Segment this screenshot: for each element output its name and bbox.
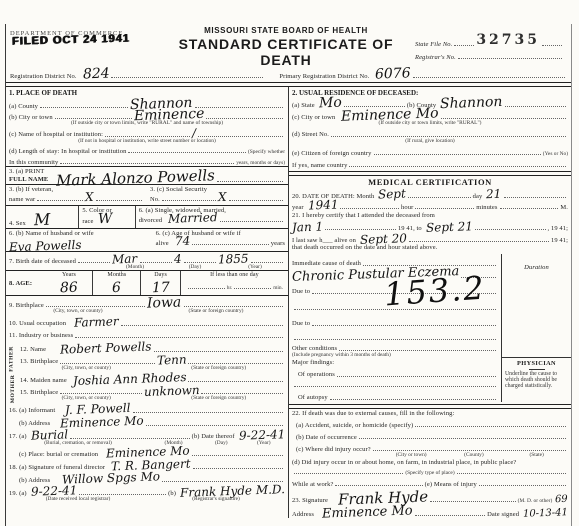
leader-line xyxy=(40,106,128,108)
spouse-value: Eva Powells xyxy=(9,241,82,253)
hospital-value: / xyxy=(192,129,196,139)
leader-line xyxy=(325,228,396,230)
leader-line xyxy=(339,349,496,351)
field-burial: 17. (a) Burial (b) Date thereof 9-22-41 xyxy=(6,428,288,441)
field-father-birthplace: 13. Birthplace Tenn xyxy=(17,354,288,366)
field-due-to-2: Due to xyxy=(289,312,501,328)
field-physician-address: Address Eminence Mo Date signed 10-13-41 xyxy=(289,504,571,518)
field-race: 5. Color or race W xyxy=(79,206,135,228)
field-res-citizen: (e) Citizen of foreign country (Yes or N… xyxy=(289,144,571,157)
leader-line xyxy=(193,467,283,469)
age-label: 8. AGE: xyxy=(9,280,32,287)
ext-where-notes: (City or town) (County) (State) xyxy=(289,453,571,458)
field-ext-accident: (a) Accident, suicide, or homicide (spec… xyxy=(289,417,571,429)
leader-line xyxy=(454,44,474,46)
cert-from-value: Jan 1 xyxy=(292,222,323,233)
age-label-cell: 8. AGE: xyxy=(6,271,45,295)
field-dod-year-hour: year 1941 hour minutes M. xyxy=(289,200,571,211)
field-mother-name: 14. Maiden name Joshia Ann Rhodes xyxy=(17,371,288,384)
leader-line xyxy=(475,228,546,230)
leader-line xyxy=(75,336,283,338)
leader-line xyxy=(195,106,283,108)
res-city-value: Eminence Mo xyxy=(341,108,439,123)
city-label: (b) City or town xyxy=(9,114,53,121)
field-spouse-age: 6. (c) Age of husband or wife if alive 7… xyxy=(153,229,288,251)
field-funeral-director-address: (b) Address Willow Spgs Mo xyxy=(6,471,288,484)
leader-line xyxy=(234,287,271,289)
major-findings-main: Major findings: Of operations Of autopsy xyxy=(289,358,501,401)
field-spouse-name: 6. (b) Name of husband or wife Eva Powel… xyxy=(6,229,153,251)
leader-line xyxy=(198,135,283,137)
cause-main: Immediate cause of death Chronic Pustula… xyxy=(289,254,501,358)
mother-bp-note-1: (City, town, or county) xyxy=(20,396,153,401)
leader-line xyxy=(37,199,83,201)
dod-day-value: 21 xyxy=(486,190,502,200)
duration-label: Duration xyxy=(524,264,549,271)
physician-box: PHYSICIAN Underline the cause to which d… xyxy=(501,358,571,401)
birth-date-label: 7. Birth date of deceased xyxy=(9,258,76,265)
leader-line xyxy=(373,449,566,451)
leader-line xyxy=(79,493,166,495)
header: DEPARTMENT OF COMMERCE FILED OCT 24 1941… xyxy=(6,24,571,68)
cert-from-row: Jan 1 19 41, to Sept 21 , 19 41; xyxy=(289,219,571,232)
leader-line xyxy=(78,261,110,263)
cert-mid-3: 19 41; xyxy=(551,237,568,244)
registrar-a-label: 19. (a) xyxy=(9,490,27,497)
leader-line xyxy=(458,57,562,59)
field-informant-address: (b) Address Eminence Mo xyxy=(6,415,288,428)
ext-accident-label: (a) Accident, suicide, or homicide (spec… xyxy=(296,422,413,429)
field-city: (b) City or town Eminence xyxy=(6,110,288,121)
age-hr-label: hr. xyxy=(227,286,233,291)
field-burial-place: (c) Place: burial or cremation Eminence … xyxy=(6,446,288,458)
external-causes-heading: 22. If death was due to external causes,… xyxy=(289,409,571,417)
res-state-value: Mo xyxy=(319,98,342,110)
leader-line xyxy=(229,199,283,201)
medical-certification-heading: MEDICAL CERTIFICATION xyxy=(289,176,571,188)
field-birthplace: 9. Birthplace Iowa xyxy=(6,296,288,309)
underline-cause-note: Underline the cause to which death shoul… xyxy=(505,372,568,389)
ext-work-label: While at work? xyxy=(292,481,333,488)
field-registrar: 19. (a) 9-22-41 (b) Frank Hyde M.D. xyxy=(6,484,288,497)
header-left: DEPARTMENT OF COMMERCE FILED OCT 24 1941 xyxy=(10,26,160,68)
father-birthplace-value: Tenn xyxy=(157,356,187,367)
burial-place-label: (c) Place: burial or cremation xyxy=(19,451,98,458)
registration-line: Registration District No. 824 Primary Re… xyxy=(6,69,571,80)
leader-line xyxy=(162,199,216,201)
address-value: Eminence Mo xyxy=(322,506,413,520)
field-father-name: 12. Name Robert Powells xyxy=(17,340,288,354)
leader-line xyxy=(60,162,234,164)
registrars-no-row: Registrar's No. xyxy=(412,54,567,61)
dod-m-label: M. xyxy=(560,204,568,211)
county-label: (a) County xyxy=(9,103,38,110)
leader-line xyxy=(184,261,216,263)
res-county-value: Shannon xyxy=(440,97,503,110)
leader-line xyxy=(70,437,190,439)
row-age: 8. AGE: Years 86 Months 6 Days 17 If les… xyxy=(6,271,288,295)
signature-label: 23. Signature xyxy=(292,497,328,504)
spouse-age-label-2: alive xyxy=(156,240,169,247)
burial-date-note-day: (Day) xyxy=(200,441,242,446)
registrar-b-label: (b) xyxy=(168,490,176,497)
fd-address-value: Willow Spgs Mo xyxy=(62,473,160,486)
stay-note-2: years, months or days) xyxy=(236,161,285,166)
ext-where-note-city: (City or town) xyxy=(380,453,443,458)
leader-line xyxy=(330,398,496,400)
age-years-value: 86 xyxy=(60,283,78,295)
other-conditions-note: (Include pregnancy within 3 months of de… xyxy=(289,353,501,358)
leader-line xyxy=(111,76,263,78)
state-file-row: State File No. 32735 xyxy=(412,32,567,48)
cert-line-2: I last saw h___ alive on xyxy=(292,237,356,244)
birth-year-value: 1855 xyxy=(218,255,249,266)
leader-line xyxy=(105,135,190,137)
birthplace-value: Iowa xyxy=(147,298,182,310)
ext-where-note-county: (County) xyxy=(443,453,506,458)
field-res-street: (d) Street No. xyxy=(289,127,571,139)
father-vertical-label: FATHER xyxy=(9,346,15,371)
leader-line xyxy=(206,117,283,119)
field-operations: Of operations xyxy=(289,367,501,379)
cert-line-1: 21. I hereby certify that I attended the… xyxy=(289,211,571,219)
leader-line xyxy=(133,411,283,413)
leader-line xyxy=(188,287,225,289)
leader-line xyxy=(220,220,283,222)
informant-label: 16. (a) Informant xyxy=(9,407,55,414)
leader-line xyxy=(408,196,470,198)
leader-line xyxy=(542,44,562,46)
leader-line xyxy=(430,500,516,502)
leader-line xyxy=(192,454,283,456)
age-min-label: min. xyxy=(273,286,283,291)
ext-place-note: (Specify type of place) xyxy=(405,471,454,476)
major-findings-block: Major findings: Of operations Of autopsy… xyxy=(289,358,571,401)
dod-day-label: day xyxy=(473,193,483,200)
full-name-value: Mark Alonzo Powells xyxy=(56,169,215,187)
leader-line xyxy=(121,324,283,326)
marital-value: Married xyxy=(168,214,218,225)
age-less-than-day-cell: If less than one day hr. min. xyxy=(181,271,288,295)
field-autopsy: Of autopsy xyxy=(289,389,501,402)
informant-address-value: Eminence Mo xyxy=(60,417,144,430)
leader-line xyxy=(441,117,566,119)
autopsy-label: Of autopsy xyxy=(298,394,328,401)
registrar-date-note: (Date received local registrar) xyxy=(9,497,147,502)
field-ext-work-means: While at work? (e) Means of injury xyxy=(289,476,571,488)
age-days-cell: Days 17 xyxy=(141,271,180,295)
leader-line xyxy=(294,472,403,474)
leader-line xyxy=(217,180,283,182)
burial-date-label: (b) Date thereof xyxy=(192,433,235,440)
age-less-label: If less than one day xyxy=(184,272,285,279)
full-name-label-2: FULL NAME xyxy=(9,176,48,183)
fd-address-label: (b) Address xyxy=(19,477,50,484)
res-state-label: (a) State xyxy=(292,102,315,109)
sex-value: M xyxy=(34,214,51,227)
cert-to-value: Sept 21 xyxy=(426,222,473,233)
spouse-age-unit: years xyxy=(271,240,285,247)
leader-line xyxy=(335,484,422,486)
right-column: 2. USUAL RESIDENCE OF DECEASED: (a) Stat… xyxy=(289,87,571,518)
marital-label-2: divorced xyxy=(139,217,163,224)
ext-means-label: (e) Means of injury xyxy=(425,481,477,488)
header-right: State File No. 32735 Registrar's No. xyxy=(412,26,567,68)
filed-date-stamp: FILED OCT 24 1941 xyxy=(12,32,130,47)
major-findings-label: Major findings: xyxy=(289,358,501,366)
field-length-of-stay: (d) Length of stay: In hospital or insti… xyxy=(6,144,288,155)
father-section: FATHER 12. Name Robert Powells 13. Birth… xyxy=(6,340,288,371)
field-res-city: (c) City or town Eminence Mo xyxy=(289,109,571,121)
leader-line xyxy=(312,324,496,326)
certificate-sheet: DEPARTMENT OF COMMERCE FILED OCT 24 1941… xyxy=(5,24,572,526)
age-months-value: 6 xyxy=(112,283,121,294)
leader-line xyxy=(192,243,269,245)
community-label: In this community xyxy=(9,159,58,166)
left-column: 1. PLACE OF DEATH (a) County Shannon (b)… xyxy=(6,87,289,518)
age-years-cell: Years 86 xyxy=(45,271,93,295)
due-to-2-line xyxy=(289,328,501,342)
leader-line xyxy=(500,207,559,209)
mother-section: MOTHER 14. Maiden name Joshia Ann Rhodes… xyxy=(6,371,288,401)
operations-label: Of operations xyxy=(298,371,335,378)
dod-hour-label: hour xyxy=(401,204,413,211)
leader-line xyxy=(409,240,549,242)
spouse-age-value: 74 xyxy=(175,237,191,247)
state-file-label: State File No. xyxy=(415,41,452,48)
birthplace-note-1: (City, town, or county) xyxy=(9,309,147,314)
res-street-label: (d) Street No. xyxy=(292,131,329,138)
reg-district-label: Registration District No. xyxy=(10,73,77,80)
cause-of-death-block: Immediate cause of death Chronic Pustula… xyxy=(289,254,571,358)
row-spouse: 6. (b) Name of husband or wife Eva Powel… xyxy=(6,229,288,251)
ssn-value: X xyxy=(218,193,227,203)
registrars-no-label: Registrar's No. xyxy=(415,54,456,61)
father-birthplace-label: 13. Birthplace xyxy=(20,358,58,365)
sex-label: 4. Sex xyxy=(9,220,26,227)
physician-label: PHYSICIAN xyxy=(505,360,568,367)
veteran-value: X xyxy=(85,193,94,203)
age-months-cell: Months 6 xyxy=(93,271,141,295)
field-res-ifyes: If yes, name country xyxy=(289,157,571,169)
leader-line xyxy=(128,151,246,153)
leader-line xyxy=(294,338,496,340)
primary-district-label: Primary Registration District No. xyxy=(279,73,369,80)
ssn-label-2: No. xyxy=(150,196,160,203)
burial-a-label: 17. (a) xyxy=(9,433,27,440)
leader-line xyxy=(96,199,142,201)
leader-line xyxy=(479,484,566,486)
ext-place-line: (Specify type of place) xyxy=(289,466,571,476)
leader-line xyxy=(374,153,541,155)
field-occupation: 10. Usual occupation Farmer xyxy=(6,315,288,328)
mother-birthplace-value: unknown xyxy=(144,386,200,398)
leader-line xyxy=(331,135,566,137)
leader-line xyxy=(294,385,496,387)
row-veteran-ssn: 3. (b) If veteran, name war X 3. (c) Soc… xyxy=(6,185,288,205)
registrar-date-value: 9-22-41 xyxy=(31,487,78,498)
birth-date-notes: (Month) (Day) (Year) xyxy=(6,265,288,270)
leader-line xyxy=(55,117,132,119)
leader-line xyxy=(413,76,565,78)
duration-box: Duration xyxy=(501,254,571,358)
primary-district-value: 6076 xyxy=(375,68,411,80)
full-name-label-1: 3. (a) PRINT xyxy=(9,168,48,175)
field-mother-birthplace: 15. Birthplace unknown xyxy=(17,384,288,396)
age-days-value: 17 xyxy=(151,283,169,295)
leader-line xyxy=(201,392,283,394)
certificate-title: STANDARD CERTIFICATE OF DEATH xyxy=(160,36,412,68)
occupation-value: Farmer xyxy=(74,317,119,328)
age-years-header: Years xyxy=(48,272,89,279)
burial-date-value: 9-22-41 xyxy=(239,430,286,441)
cause-code-handwritten: 153.2 xyxy=(383,268,487,313)
ext-where-label: (c) Where did injury occur? xyxy=(296,446,371,453)
field-ext-date: (b) Date of occurrence xyxy=(289,429,571,441)
leader-line xyxy=(188,380,283,382)
res-citizen-note: (Yes or No) xyxy=(543,152,568,157)
reg-district-value: 824 xyxy=(82,69,109,81)
leader-line xyxy=(415,514,485,516)
leader-line xyxy=(359,437,566,439)
ext-where-note-state: (State) xyxy=(505,453,568,458)
dod-minutes-label: minutes xyxy=(476,204,497,211)
physician-divider xyxy=(529,369,545,370)
due-to-2-label: Due to xyxy=(292,320,310,327)
leader-line xyxy=(140,261,172,263)
board-of-health-text: MISSOURI STATE BOARD OF HEALTH xyxy=(160,26,412,35)
field-ssn: 3. (c) Social Security No. X xyxy=(147,185,288,205)
leader-line xyxy=(415,207,474,209)
burial-value: Burial xyxy=(31,430,68,441)
field-physician-signature: 23. Signature Frank Hyde (M. D. or other… xyxy=(289,488,571,504)
field-full-name: 3. (a) PRINT FULL NAME Mark Alonzo Powel… xyxy=(6,167,288,184)
signature-note: (M. D. or other) xyxy=(518,499,553,504)
dod-month-value: Sept xyxy=(378,190,406,201)
city-value: Eminence xyxy=(133,109,204,123)
field-community: In this community years, months or days) xyxy=(6,155,288,166)
field-sex: 4. Sex M xyxy=(6,206,79,228)
field-hospital: (c) Name of hospital or institution: / xyxy=(6,127,288,139)
birthplace-label: 9. Birthplace xyxy=(9,302,44,309)
dod-year-value: 1941 xyxy=(307,201,338,212)
leader-line xyxy=(457,472,566,474)
address-label: Address xyxy=(292,511,314,518)
date-signed-value: 10-13-41 xyxy=(523,509,568,519)
informant-address-label: (b) Address xyxy=(19,420,50,427)
birth-month-value: Mar xyxy=(112,255,138,265)
age-days-header: Days xyxy=(144,272,176,279)
mother-vertical-label: MOTHER xyxy=(10,375,16,403)
leader-line xyxy=(154,350,283,352)
field-informant: 16. (a) Informant J. F. Powell xyxy=(6,402,288,415)
field-marital-status: 6. (a) Single, widowed, married, divorce… xyxy=(136,206,288,228)
veteran-label-2: name war xyxy=(9,196,35,203)
spouse-label: 6. (b) Name of husband or wife xyxy=(9,230,150,237)
res-ifyes-label: If yes, name country xyxy=(292,162,347,169)
leader-line xyxy=(505,105,566,107)
operations-line xyxy=(289,379,501,389)
header-center: MISSOURI STATE BOARD OF HEALTH STANDARD … xyxy=(160,26,412,68)
date-signed-label: Date signed xyxy=(487,511,519,518)
immediate-cause-label: Immediate cause of death xyxy=(292,260,361,267)
leader-line xyxy=(337,375,496,377)
res-city-label: (c) City or town xyxy=(292,114,335,121)
mother-birthplace-label: 15. Birthplace xyxy=(20,389,58,396)
race-value: W xyxy=(97,214,112,226)
cert-line-3: that death occurred on the date and hour… xyxy=(289,244,571,251)
signature-stamp: 69 xyxy=(555,496,568,504)
leader-line xyxy=(340,207,399,209)
dod-year-label: year xyxy=(292,204,304,211)
father-name-label: 12. Name xyxy=(20,346,46,353)
due-to-1-label: Due to xyxy=(292,288,310,295)
leader-line xyxy=(504,196,566,198)
leader-line xyxy=(188,362,283,364)
ext-place-question: (d) Did injury occur in or about home, o… xyxy=(289,459,571,466)
cert-seen-value: Sept 20 xyxy=(360,234,407,245)
cert-mid-2: , 19 41; xyxy=(548,225,568,232)
field-industry: 11. Industry or business xyxy=(6,328,288,340)
state-file-number: 32735 xyxy=(476,32,540,48)
leader-line xyxy=(415,425,566,427)
leader-line xyxy=(60,392,142,394)
father-name-value: Robert Powells xyxy=(60,343,152,356)
birth-day-value: 4 xyxy=(174,255,182,265)
stay-note-1: (Specify whether xyxy=(248,150,285,155)
leader-line xyxy=(162,480,283,482)
race-label-2: race xyxy=(82,218,93,225)
leader-line xyxy=(251,261,283,263)
leader-line xyxy=(349,165,566,167)
res-citizen-label: (e) Citizen of foreign country xyxy=(292,150,372,157)
death-certificate-scan: DEPARTMENT OF COMMERCE FILED OCT 24 1941… xyxy=(0,0,579,526)
ext-date-label: (b) Date of occurrence xyxy=(296,434,357,441)
leader-line xyxy=(146,424,283,426)
row-sex-race-marital: 4. Sex M 5. Color or race W 6. (a) Singl… xyxy=(6,206,288,228)
funeral-director-label: 18. (a) Signature of funeral director xyxy=(9,464,105,471)
mother-name-label: 14. Maiden name xyxy=(20,377,67,384)
stay-label: (d) Length of stay: In hospital or insti… xyxy=(9,148,126,155)
occupation-label: 10. Usual occupation xyxy=(9,320,66,327)
age-months-header: Months xyxy=(96,272,137,279)
leader-line xyxy=(60,362,155,364)
industry-label: 11. Industry or business xyxy=(9,332,73,339)
